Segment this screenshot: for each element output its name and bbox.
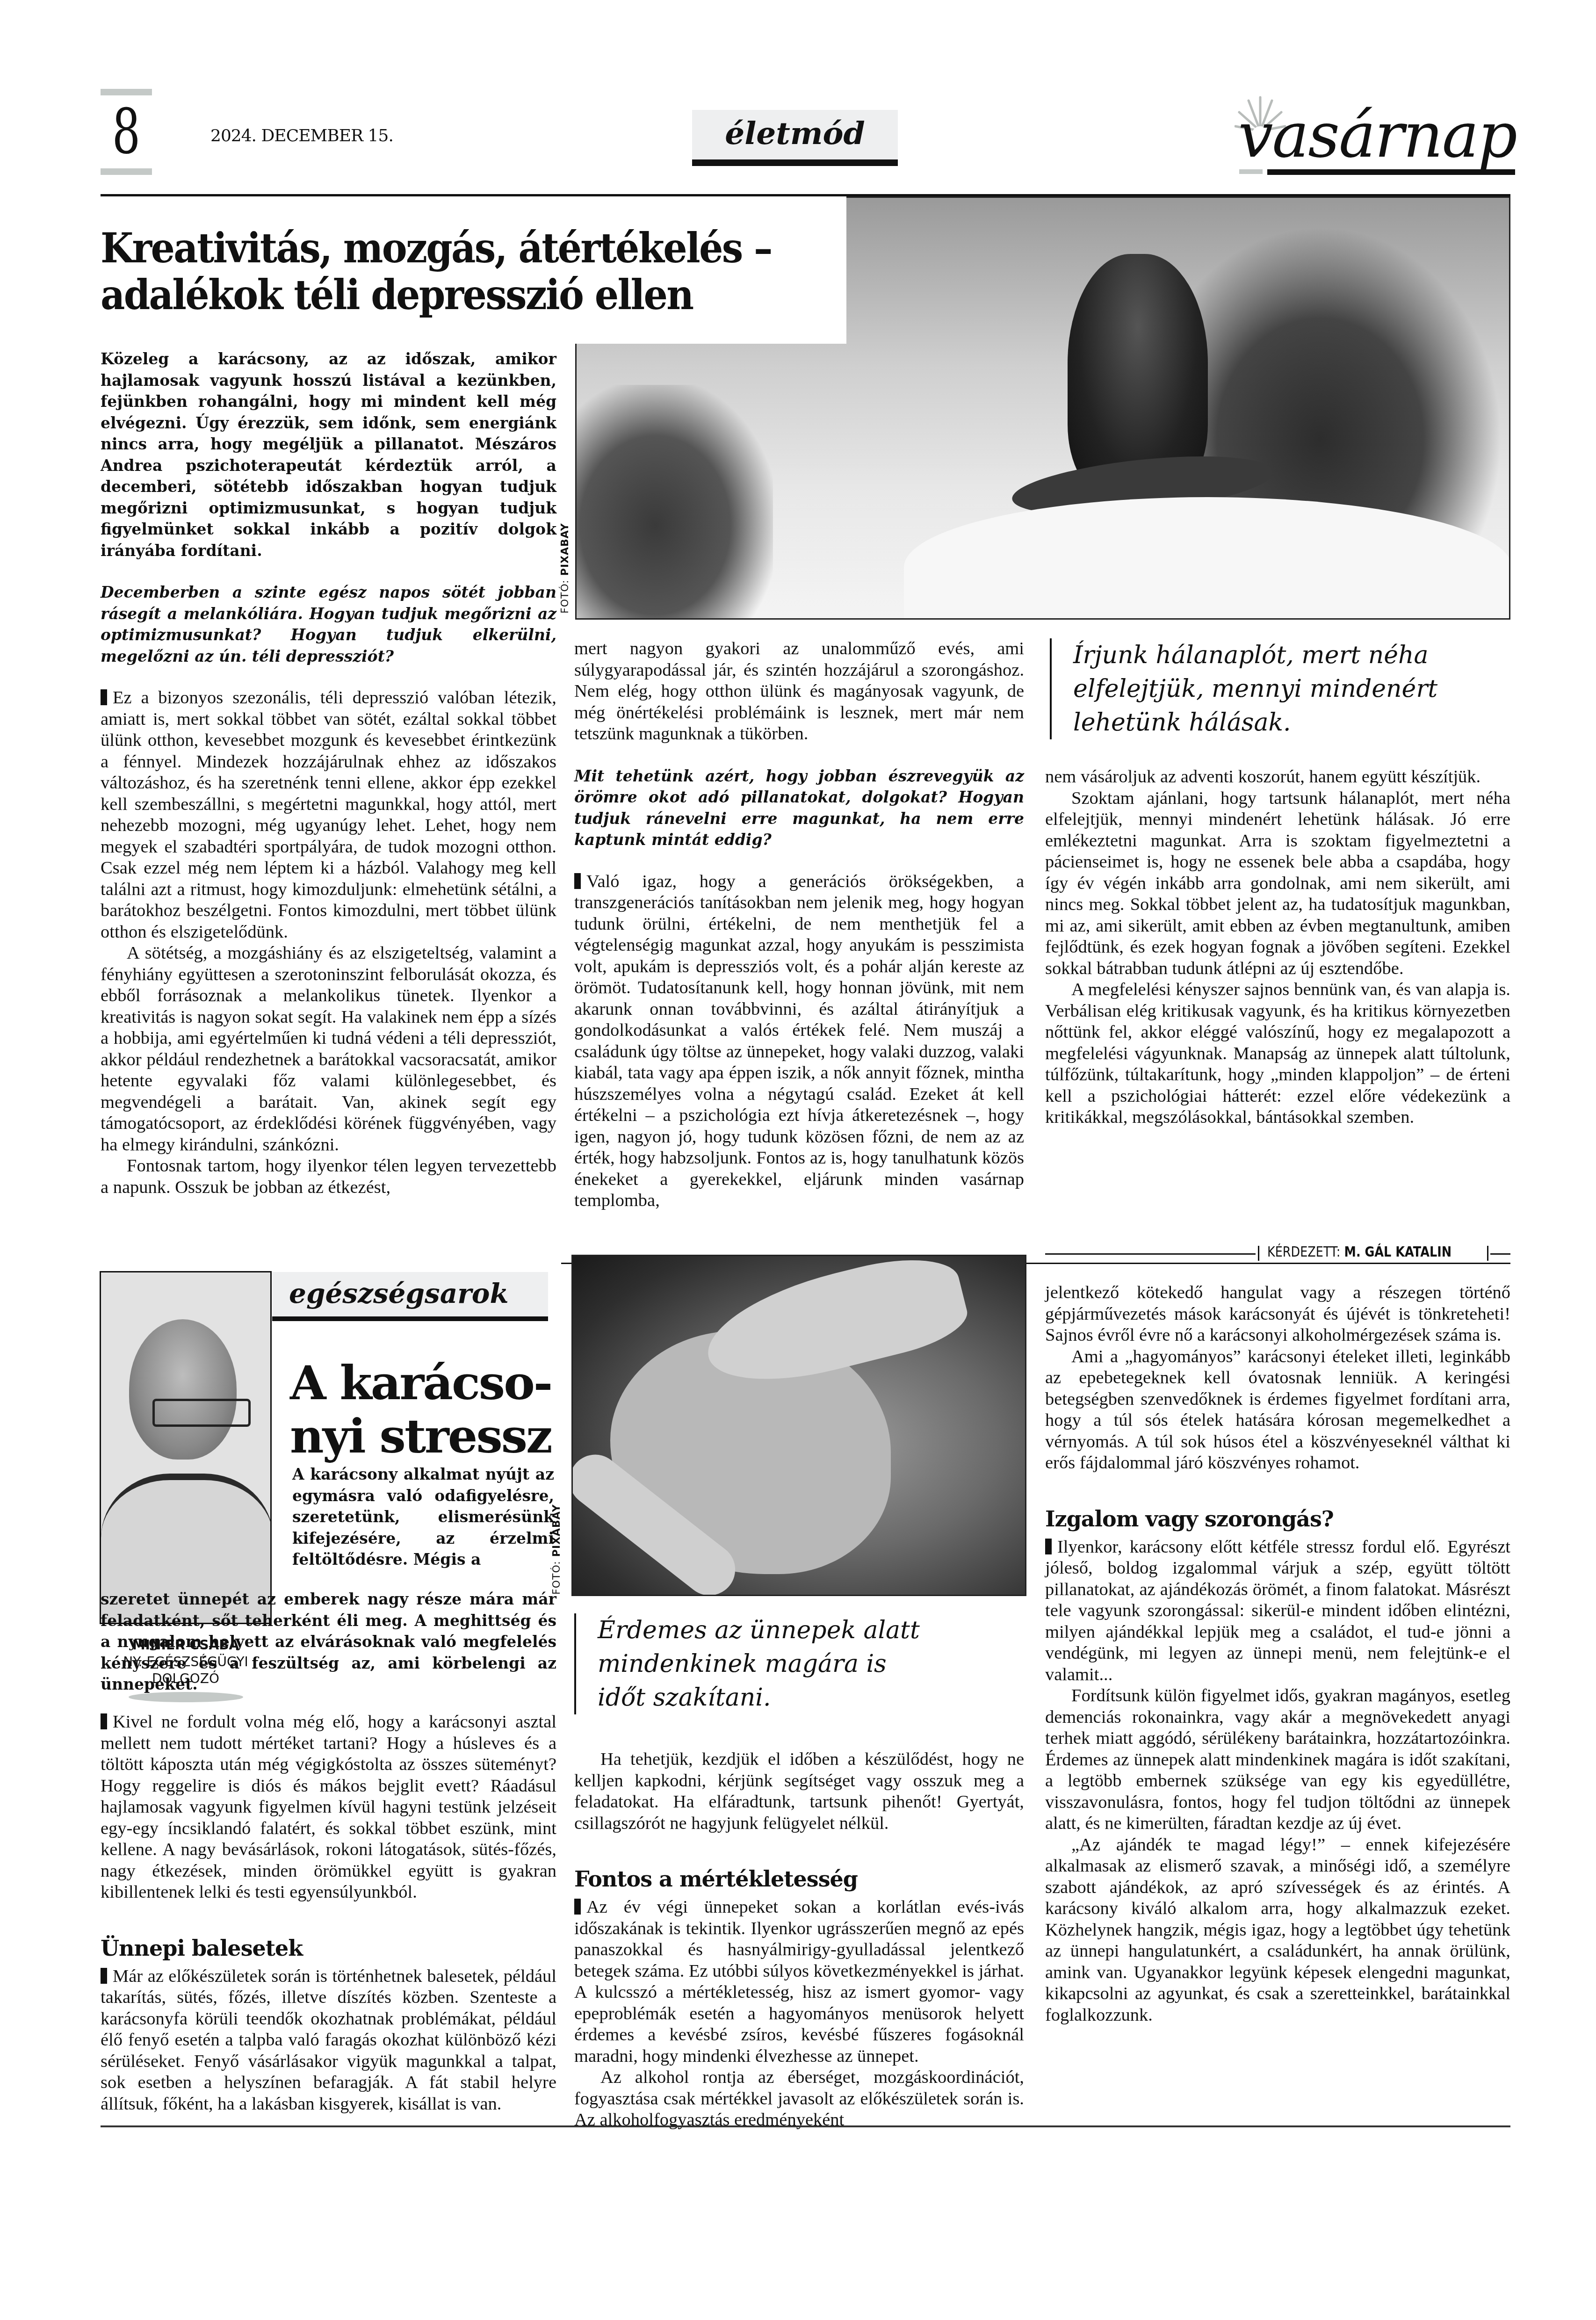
interview-question-2: Mit tehetünk azért, hogy jobban észreveg… [574, 766, 1024, 851]
interview-answer-2: Való igaz, hogy a generációs örökségekbe… [574, 871, 1024, 1212]
byline-rule-right [1490, 1253, 1510, 1255]
photo-credit-bottom: FOTÓ: PIXABAY [551, 1504, 563, 1595]
article-title: Kreativitás, mozgás, átértékelés – adalé… [101, 224, 772, 318]
byline-label: KÉRDEZETT: [1267, 1244, 1340, 1260]
paragraph-marker [101, 689, 107, 705]
section-tab: életmód [692, 110, 898, 166]
interview-answer-1: Ez a bizonyos szezonális, téli depresszi… [101, 687, 556, 1198]
article-title-line2: adalékok téli depresszió ellen [101, 271, 772, 318]
paragraph-marker [574, 1899, 581, 1915]
subhead-holiday-accidents: Ünnepi balesetek [101, 1935, 556, 1961]
masthead-gray-bar [1239, 169, 1263, 174]
subhead-excitement-or-anxiety: Izgalom vagy szorongás? [1045, 1506, 1510, 1532]
paragraph-marker [101, 1968, 107, 1984]
article-column-2: mert nagyon gyakori az unalomműző evés, … [574, 638, 1024, 1212]
health-column-3: jelentkező kötekedő hangulat vagy a rész… [1045, 1282, 1510, 2026]
byline-name: M. GÁL KATALIN [1344, 1244, 1452, 1260]
health-column-1: Kivel ne fordult volna még elő, hogy a k… [101, 1712, 556, 2115]
masthead-title: vasárnap [1238, 103, 1517, 168]
pull-quote: Írjunk hálanaplót, mert néha elfelejtjük… [1050, 638, 1454, 739]
health-pull-quote: Érdemes az ünnepek alatt mindenkinek mag… [574, 1613, 940, 1714]
byline: KÉRDEZETT: M. GÁL KATALIN [1045, 1244, 1510, 1263]
article-title-box: Kreativitás, mozgás, átértékelés – adalé… [101, 196, 846, 344]
byline-rule-left [1045, 1253, 1256, 1255]
issue-date: 2024. DECEMBER 15. [210, 126, 393, 145]
article-lead: Közeleg a karácsony, az az időszak, amik… [101, 348, 556, 561]
health-corner-label: egészségsarok [272, 1272, 548, 1315]
health-corner-tab: egészségsarok [272, 1272, 548, 1321]
author-photo [100, 1271, 272, 1624]
bottom-rule [101, 2125, 1510, 2127]
cookie-dough-photo [571, 1255, 1026, 1596]
article-title-line1: Kreativitás, mozgás, átértékelés – [101, 224, 772, 271]
photo-credit-top: FOTÓ: PIXABAY [559, 523, 571, 614]
section-tab-label: életmód [692, 110, 898, 157]
page-number-top-bar [101, 89, 152, 95]
page-number-box: 8 [101, 89, 152, 175]
subhead-moderation: Fontos a mértékletesség [574, 1866, 1024, 1892]
photo-trees-left [577, 385, 773, 619]
paragraph-marker [1045, 1539, 1052, 1554]
interview-question-1: Decemberben a szinte egész napos sötét j… [101, 582, 556, 667]
page-number: 8 [108, 99, 144, 165]
paragraph-marker [101, 1713, 107, 1729]
page-number-bottom-bar [101, 168, 152, 175]
health-lead-part1: A karácsony alkalmat nyújt az egymásra v… [292, 1464, 554, 1570]
paragraph-marker [574, 873, 581, 889]
article-column-1: Közeleg a karácsony, az az időszak, amik… [101, 348, 556, 1198]
article-column-3: Írjunk hálanaplót, mert néha elfelejtjük… [1045, 638, 1510, 1128]
masthead-black-bar [1267, 169, 1515, 175]
masthead-logo: vasárnap [1235, 94, 1515, 178]
health-column-2: Érdemes az ünnepek alatt mindenkinek mag… [574, 1613, 1024, 2131]
health-lead-part2: szeretet ünnepét az emberek nagy része m… [101, 1589, 556, 1695]
health-corner-title: A karácso- nyi stressz [290, 1356, 551, 1463]
